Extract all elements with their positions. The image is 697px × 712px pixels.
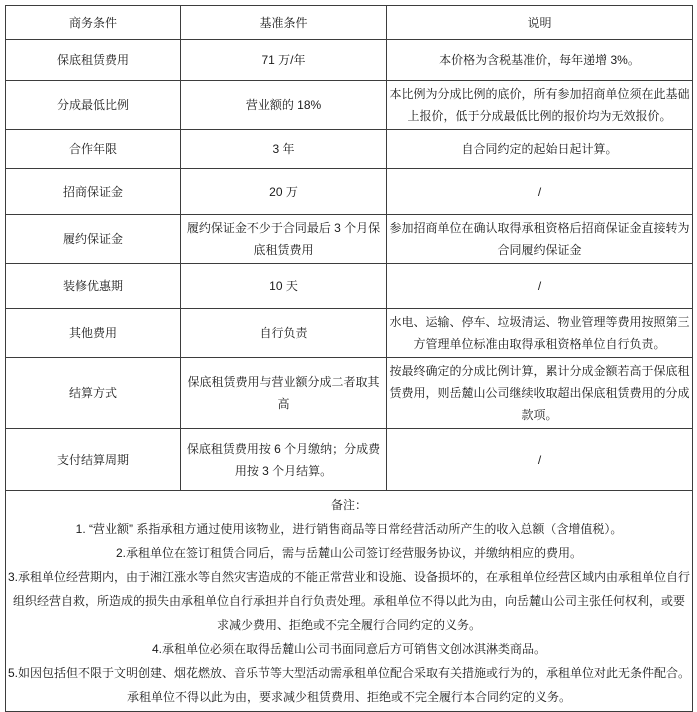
row-explanation: / [387, 169, 693, 215]
row-explanation: / [387, 264, 693, 309]
row-baseline-value: 营业额的 18% [181, 81, 387, 130]
row-explanation: 自合同约定的起始日起计算。 [387, 130, 693, 169]
header-explanation: 说明 [387, 6, 693, 40]
row-baseline-value: 保底租赁费用与营业额分成二者取其高 [181, 358, 387, 429]
row-baseline-value: 71 万/年 [181, 40, 387, 81]
row-explanation: / [387, 429, 693, 491]
row-item-label: 分成最低比例 [6, 81, 181, 130]
row-explanation: 按最终确定的分成比例计算，累计分成金额若高于保底租赁费用，则岳麓山公司继续收取超… [387, 358, 693, 429]
remark-item: 1. “营业额” 系指承租方通过使用该物业，进行销售商品等日常经营活动所产生的收… [8, 517, 690, 541]
table-row: 其他费用 自行负责 水电、运输、停车、垃圾清运、物业管理等费用按照第三方管理单位… [6, 309, 693, 358]
row-explanation: 本比例为分成比例的底价，所有参加招商单位须在此基础上报价，低于分成最低比例的报价… [387, 81, 693, 130]
row-baseline-value: 10 天 [181, 264, 387, 309]
table-row: 支付结算周期 保底租赁费用按 6 个月缴纳；分成费用按 3 个月结算。 / [6, 429, 693, 491]
remarks-title: 备注： [8, 493, 690, 517]
row-explanation: 本价格为含税基准价，每年递增 3%。 [387, 40, 693, 81]
table-row: 分成最低比例 营业额的 18% 本比例为分成比例的底价，所有参加招商单位须在此基… [6, 81, 693, 130]
row-baseline-value: 20 万 [181, 169, 387, 215]
table-row: 装修优惠期 10 天 / [6, 264, 693, 309]
table-row: 保底租赁费用 71 万/年 本价格为含税基准价，每年递增 3%。 [6, 40, 693, 81]
table-row: 合作年限 3 年 自合同约定的起始日起计算。 [6, 130, 693, 169]
table-row: 履约保证金 履约保证金不少于合同最后 3 个月保底租赁费用 参加招商单位在确认取… [6, 215, 693, 264]
row-item-label: 履约保证金 [6, 215, 181, 264]
table-row: 招商保证金 20 万 / [6, 169, 693, 215]
row-item-label: 结算方式 [6, 358, 181, 429]
row-item-label: 支付结算周期 [6, 429, 181, 491]
row-baseline-value: 自行负责 [181, 309, 387, 358]
row-item-label: 招商保证金 [6, 169, 181, 215]
row-baseline-value: 保底租赁费用按 6 个月缴纳；分成费用按 3 个月结算。 [181, 429, 387, 491]
row-item-label: 合作年限 [6, 130, 181, 169]
remark-item: 4.承租单位必须在取得岳麓山公司书面同意后方可销售文创冰淇淋类商品。 [8, 637, 690, 661]
business-terms-table: 商务条件 基准条件 说明 保底租赁费用 71 万/年 本价格为含税基准价，每年递… [5, 5, 693, 712]
row-item-label: 装修优惠期 [6, 264, 181, 309]
row-explanation: 水电、运输、停车、垃圾清运、物业管理等费用按照第三方管理单位标准由取得承租资格单… [387, 309, 693, 358]
header-business-condition: 商务条件 [6, 6, 181, 40]
row-baseline-value: 履约保证金不少于合同最后 3 个月保底租赁费用 [181, 215, 387, 264]
header-baseline-condition: 基准条件 [181, 6, 387, 40]
remarks-section: 备注： 1. “营业额” 系指承租方通过使用该物业，进行销售商品等日常经营活动所… [6, 491, 693, 712]
table-header-row: 商务条件 基准条件 说明 [6, 6, 693, 40]
remark-item: 3.承租单位经营期内，由于湘江涨水等自然灾害造成的不能正常营业和设施、设备损坏的… [8, 565, 690, 637]
remark-item: 5.如因包括但不限于文明创建、烟花燃放、音乐节等大型活动需承租单位配合采取有关措… [8, 661, 690, 709]
document-page: 商务条件 基准条件 说明 保底租赁费用 71 万/年 本价格为含税基准价，每年递… [0, 0, 697, 686]
row-item-label: 保底租赁费用 [6, 40, 181, 81]
remark-item: 2.承租单位在签订租赁合同后，需与岳麓山公司签订经营服务协议，并缴纳相应的费用。 [8, 541, 690, 565]
remarks-row: 备注： 1. “营业额” 系指承租方通过使用该物业，进行销售商品等日常经营活动所… [6, 491, 693, 712]
row-item-label: 其他费用 [6, 309, 181, 358]
row-explanation: 参加招商单位在确认取得承租资格后招商保证金直接转为合同履约保证金 [387, 215, 693, 264]
table-row: 结算方式 保底租赁费用与营业额分成二者取其高 按最终确定的分成比例计算，累计分成… [6, 358, 693, 429]
row-baseline-value: 3 年 [181, 130, 387, 169]
